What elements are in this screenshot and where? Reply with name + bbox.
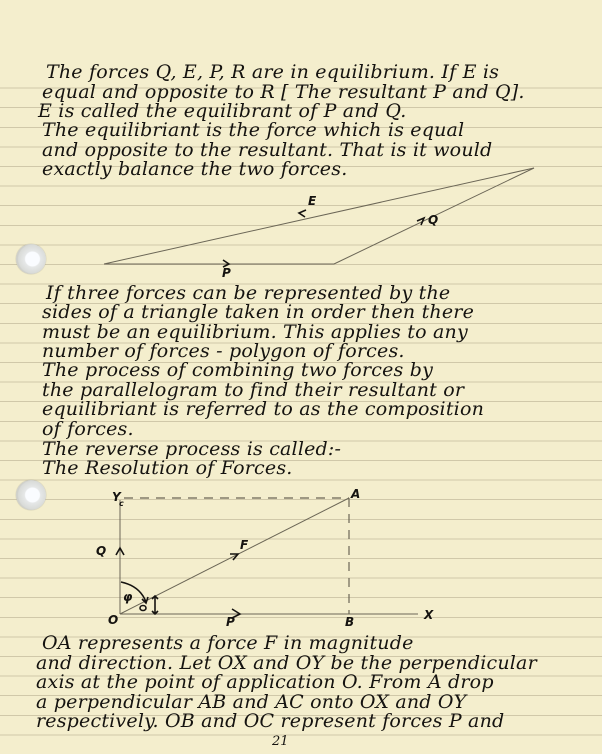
text-line: axis at the point of application O. From… — [36, 673, 494, 692]
notebook-page: The forces Q, E, P, R are in equilibrium… — [0, 0, 602, 754]
label-p: P — [226, 615, 235, 629]
label-c: c — [119, 499, 124, 508]
label-x: X — [423, 608, 434, 622]
label-a: A — [350, 487, 360, 501]
text-line: respectively. OB and OC represent forces… — [36, 712, 504, 731]
label-o: O — [108, 613, 118, 627]
text-line: OA represents a force F in magnitude — [42, 634, 414, 653]
label-f: F — [240, 538, 249, 552]
label-b: B — [345, 615, 354, 629]
label-phi: φ — [123, 590, 133, 604]
label-q: Q — [96, 544, 106, 558]
page-number: 21 — [272, 734, 289, 749]
